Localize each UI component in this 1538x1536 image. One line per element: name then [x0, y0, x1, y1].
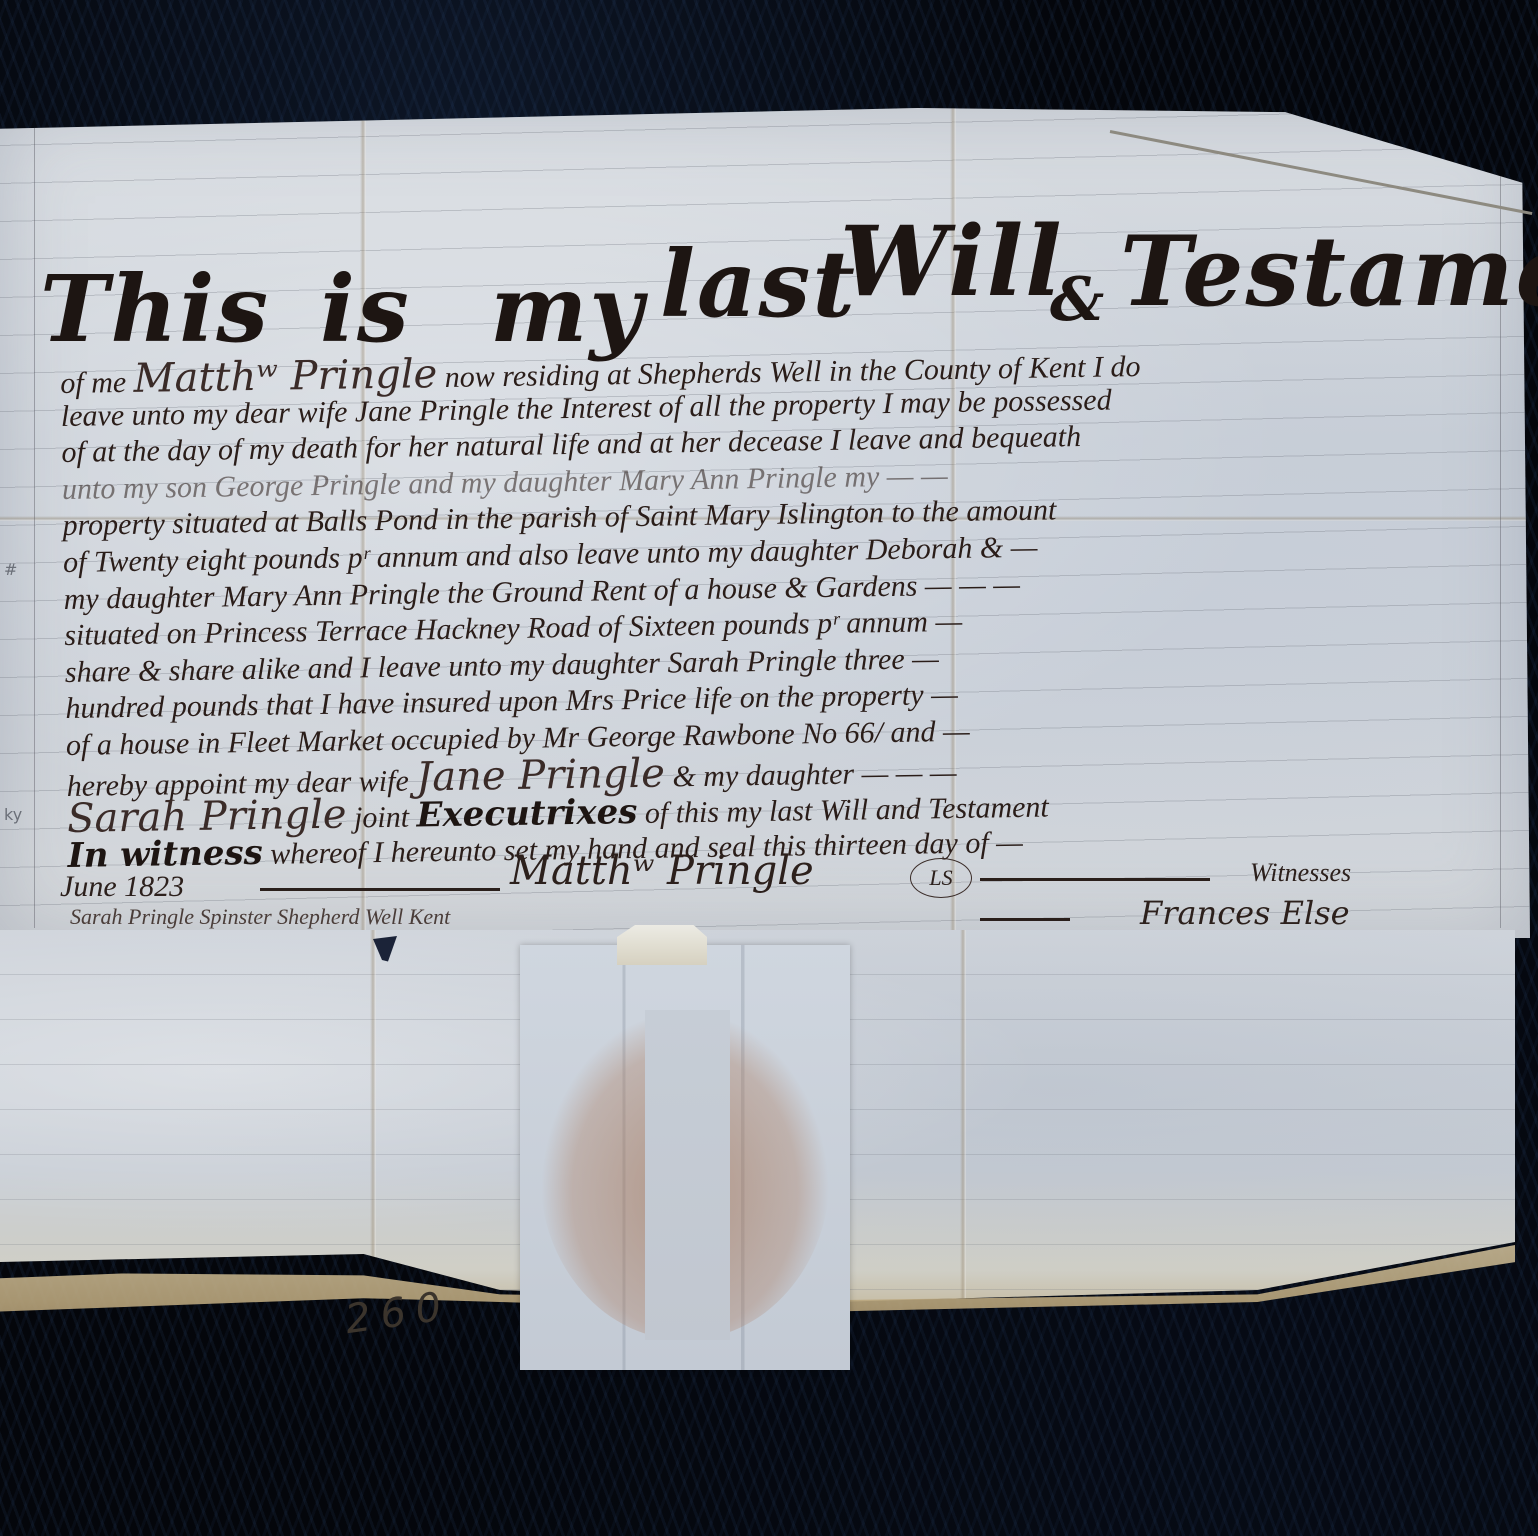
vertical-fold-crease	[960, 930, 966, 1330]
title-ampersand: &	[1050, 265, 1106, 335]
testator-signature: Matthʷ Pringle	[510, 848, 814, 894]
title-word: This	[40, 255, 270, 363]
signature-block: June 1823 Matthʷ Pringle LS Witnesses Sa…	[60, 870, 1500, 950]
witness-1-attestation: Sarah Pringle Spinster Shepherd Well Ken…	[70, 904, 450, 930]
signature-rule	[260, 888, 500, 891]
signature-rule	[980, 878, 1210, 881]
signature-rule	[980, 918, 1070, 921]
margin-mark: ky	[4, 805, 22, 824]
signing-date: June 1823	[60, 870, 184, 904]
vertical-fold-crease	[370, 930, 376, 1330]
witness-2-signature: Frances Else	[1140, 894, 1350, 932]
title-word: Testament	[1120, 215, 1538, 328]
left-margin-rule	[34, 128, 35, 928]
seal-mark: LS	[910, 858, 972, 898]
title-word: Will	[840, 205, 1064, 318]
title-word: last	[660, 230, 857, 338]
witnesses-label: Witnesses	[1250, 858, 1351, 888]
photo-stage: This is my last Will & Testament of me M…	[0, 0, 1538, 1536]
wax-seal-stain	[540, 1010, 830, 1340]
title-word: my	[490, 255, 645, 363]
title-word: is	[320, 255, 411, 363]
will-body: of me Matthʷ Pringle now residing at She…	[60, 339, 1508, 874]
document-title: This is my last Will & Testament	[40, 195, 1510, 355]
margin-mark: #	[4, 560, 17, 579]
